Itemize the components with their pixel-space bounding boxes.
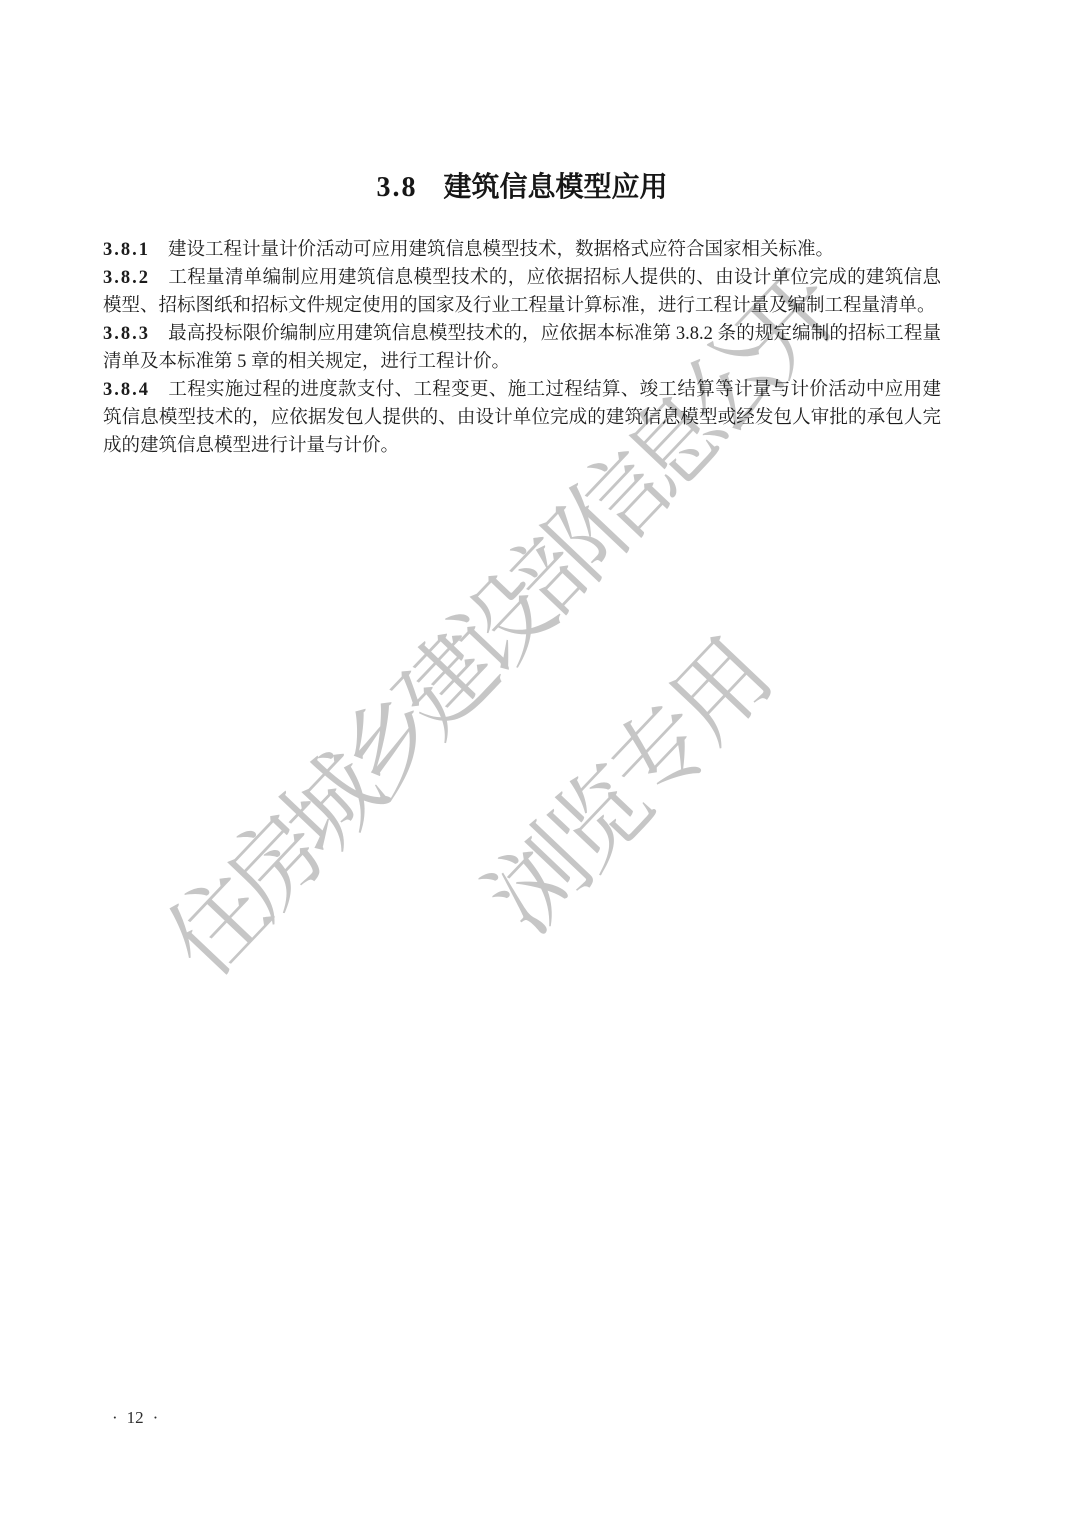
page-footer: · 12 · (112, 1406, 158, 1430)
section-title: 3.8建筑信息模型应用 (103, 170, 941, 206)
section-title-text: 建筑信息模型应用 (443, 172, 667, 203)
clause-text: 建设工程计量计价活动可应用建筑信息模型技术，数据格式应符合国家相关标准。 (168, 240, 834, 260)
clause-number: 3.8.2 (103, 268, 150, 288)
clause-text: 工程量清单编制应用建筑信息模型技术的，应依据招标人提供的、由设计单位完成的建筑信… (103, 268, 941, 316)
clause-3-8-2: 3.8.2工程量清单编制应用建筑信息模型技术的，应依据招标人提供的、由设计单位完… (103, 264, 941, 320)
clause-3-8-3: 3.8.3最高投标限价编制应用建筑信息模型技术的，应依据本标准第 3.8.2 条… (103, 320, 941, 376)
clause-number: 3.8.1 (103, 240, 150, 260)
clause-text: 工程实施过程的进度款支付、工程变更、施工过程结算、竣工结算等计量与计价活动中应用… (103, 380, 941, 456)
document-page: 住房城乡建设部信息公开 浏览专用 3.8建筑信息模型应用 3.8.1建设工程计量… (0, 0, 1080, 1529)
clause-number: 3.8.3 (103, 324, 150, 344)
page-content: 3.8建筑信息模型应用 3.8.1建设工程计量计价活动可应用建筑信息模型技术，数… (0, 0, 1080, 1529)
page-number: 12 (127, 1406, 144, 1430)
clause-text: 最高投标限价编制应用建筑信息模型技术的，应依据本标准第 3.8.2 条的规定编制… (103, 324, 941, 372)
section-number: 3.8 (376, 172, 417, 203)
clause-3-8-4: 3.8.4工程实施过程的进度款支付、工程变更、施工过程结算、竣工结算等计量与计价… (103, 376, 941, 460)
clause-number: 3.8.4 (103, 380, 150, 400)
clause-3-8-1: 3.8.1建设工程计量计价活动可应用建筑信息模型技术，数据格式应符合国家相关标准… (103, 236, 941, 264)
footer-dot-right: · (153, 1406, 159, 1430)
clause-list: 3.8.1建设工程计量计价活动可应用建筑信息模型技术，数据格式应符合国家相关标准… (103, 236, 941, 460)
footer-dot-left: · (112, 1406, 118, 1430)
